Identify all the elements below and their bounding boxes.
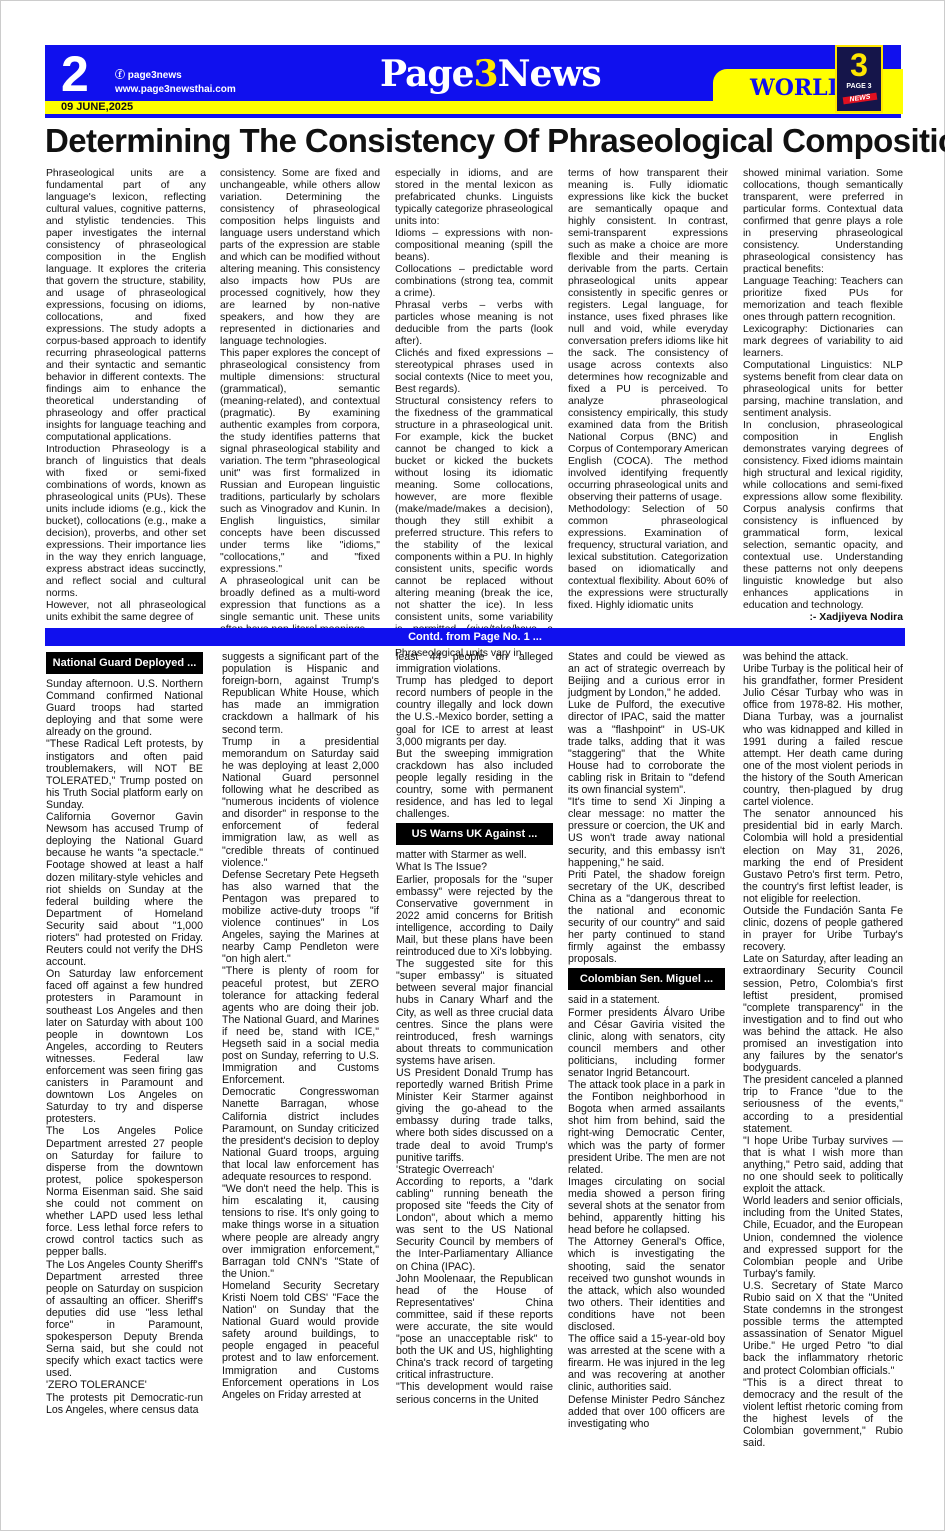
page3news-logo: Page3News [380,49,601,99]
masthead: 2 ⓕ page3news www.page3newsthai.com 09 J… [45,45,901,107]
facebook-handle[interactable]: page3news [128,70,182,81]
section-label: WORLD [750,75,847,101]
article-column-1: Phraseological units are a fundamental p… [46,168,206,624]
issue-date: 09 JUNE,2025 [61,101,133,114]
us-warns-uk-heading: US Warns UK Against ... [396,823,553,845]
page3-badge-logo: 3 PAGE 3 NEWS [835,45,883,113]
continued-column-2: suggests a significant part of the popul… [222,651,379,1401]
page-number: 2 [61,49,89,99]
masthead-divider [45,114,901,118]
newspaper-page: 2 ⓕ page3news www.page3newsthai.com 09 J… [0,0,945,1531]
continued-from-page-1-bar: Contd. from Page No. 1 ... [45,628,905,646]
facebook-icon: ⓕ [115,70,128,81]
continued-column-4: States and could be viewed as an act of … [568,651,725,1430]
continued-column-5: was behind the attack.Uribe Turbay is th… [743,651,903,1449]
colombian-senator-heading: Colombian Sen. Miguel ... [568,968,725,990]
article-column-3: especially in idioms, and are stored in … [395,168,553,660]
website-link[interactable]: www.page3newsthai.com [115,83,236,97]
article-headline: Determining The Consistency Of Phraseolo… [45,121,905,161]
author-byline: :- Xadjiyeva Nodira [743,612,903,624]
article-column-5: showed minimal variation. Some collocati… [743,168,903,624]
article-column-4: terms of how transparent their meaning i… [568,168,728,612]
article-column-2: consistency. Some are fixed and unchange… [220,168,380,636]
national-guard-heading: National Guard Deployed ... [46,652,203,674]
social-info: ⓕ page3news www.page3newsthai.com [115,69,236,97]
continued-column-3: least 44 people on alleged immigration v… [396,651,553,1406]
continued-column-1: National Guard Deployed ... Sunday after… [46,649,203,1416]
